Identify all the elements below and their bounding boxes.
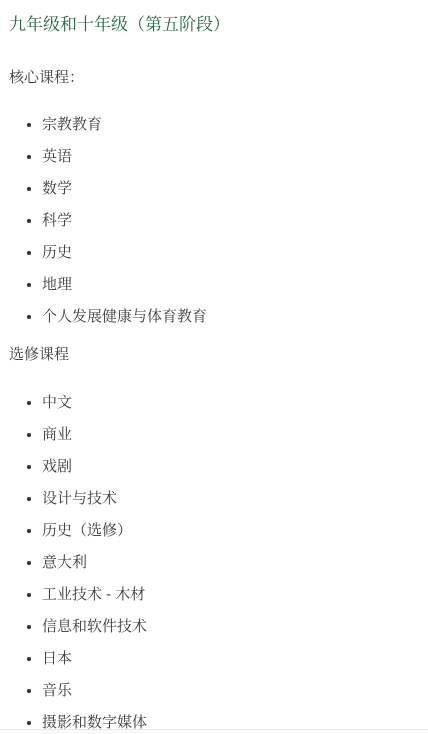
list-item: 历史 xyxy=(42,243,418,263)
list-item: 信息和软件技术 xyxy=(42,617,418,637)
list-item: 意大利 xyxy=(42,553,418,573)
elective-courses-list: 中文 商业 戏剧 设计与技术 历史（选修） 意大利 工业技术 - 木材 信息和软… xyxy=(9,393,418,733)
list-item: 日本 xyxy=(42,649,418,669)
core-courses-heading: 核心课程： xyxy=(9,68,418,88)
list-item: 中文 xyxy=(42,393,418,413)
list-item: 工业技术 - 木材 xyxy=(42,585,418,605)
list-item: 商业 xyxy=(42,425,418,445)
core-courses-list: 宗教教育 英语 数学 科学 历史 地理 个人发展健康与体育教育 xyxy=(9,115,418,327)
course-page-content: 九年级和十年级（第五阶段） 核心课程： 宗教教育 英语 数学 科学 历史 地理 … xyxy=(0,0,428,733)
list-item: 音乐 xyxy=(42,681,418,701)
list-item: 地理 xyxy=(42,275,418,295)
list-item: 英语 xyxy=(42,147,418,167)
list-item: 个人发展健康与体育教育 xyxy=(42,307,418,327)
section-divider xyxy=(0,729,428,734)
list-item: 科学 xyxy=(42,211,418,231)
list-item: 历史（选修） xyxy=(42,521,418,541)
list-item: 数学 xyxy=(42,179,418,199)
list-item: 设计与技术 xyxy=(42,489,418,509)
list-item: 宗教教育 xyxy=(42,115,418,135)
page-title: 九年级和十年级（第五阶段） xyxy=(9,14,418,36)
list-item: 戏剧 xyxy=(42,457,418,477)
elective-courses-heading: 选修课程 xyxy=(9,345,418,365)
